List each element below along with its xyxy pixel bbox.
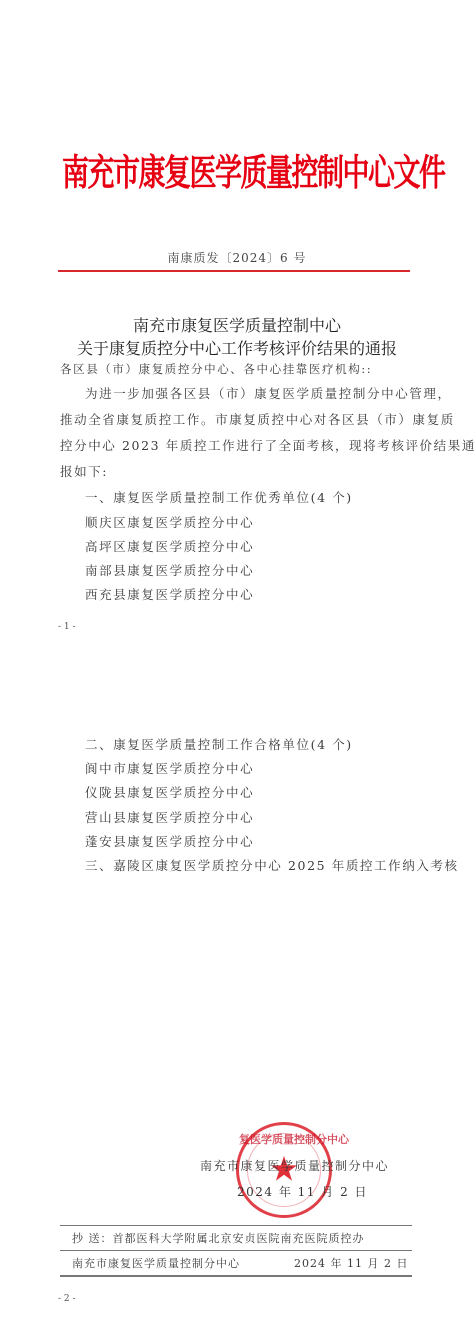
page-number-1: - 1 -	[58, 622, 76, 632]
unit-list-item: 顺庆区康复医学质控分中心	[85, 513, 254, 531]
document-number: 南康质发〔2024〕6 号	[0, 249, 474, 266]
section-heading-third: 三、嘉陵区康复医学质控分中心 2025 年质控工作纳入考核	[85, 856, 459, 874]
footer-issuer: 南充市康复医学质量控制分中心	[72, 1255, 240, 1271]
notice-title-line-1: 南充市康复医学质量控制中心	[0, 313, 474, 336]
unit-list-item: 营山县康复医学质控分中心	[85, 808, 254, 826]
red-divider-line	[58, 270, 410, 272]
unit-list-item: 蓬安县康复医学质控分中心	[85, 832, 254, 850]
unit-list-item: 南部县康复医学质控分中心	[85, 561, 254, 579]
footer-top-rule	[60, 1225, 412, 1226]
page-number-2: - 2 -	[58, 1294, 76, 1304]
unit-list-item: 仪陇县康复医学质控分中心	[85, 783, 254, 801]
salutation: 各区县（市）康复质控分中心、各中心挂靠医疗机构::	[60, 361, 372, 377]
section-heading-excellent: 一、康复医学质量控制工作优秀单位(4 个)	[85, 488, 353, 506]
section-heading-qualified: 二、康复医学质量控制工作合格单位(4 个)	[85, 735, 353, 753]
footer-bottom-rule	[60, 1275, 412, 1277]
cc-label: 抄 送：	[72, 1232, 113, 1245]
cc-row: 抄 送：首都医科大学附属北京安贞医院南充医院质控办	[72, 1230, 365, 1246]
cc-value: 首都医科大学附属北京安贞医院南充医院质控办	[113, 1232, 365, 1245]
paragraph-line: 为进一步加强各区县（市）康复医学质量控制分中心管理，	[85, 384, 452, 402]
footer-issue-date: 2024 年 11 月 2 日	[294, 1255, 408, 1271]
signature-date: 2024 年 11 月 2 日	[237, 1183, 368, 1200]
footer-middle-rule	[60, 1250, 412, 1251]
notice-title-line-2: 关于康复质控分中心工作考核评价结果的通报	[0, 336, 474, 359]
document-red-header-title: 南充市康复医学质量控制中心文件	[62, 143, 412, 196]
paragraph-line: 报如下:	[60, 462, 108, 480]
paragraph-line: 推动全省康复质控工作。市康复质控中心对各区县（市）康复质	[60, 410, 455, 428]
unit-list-item: 西充县康复医学质控分中心	[85, 585, 254, 603]
unit-list-item: 高坪区康复医学质控分中心	[85, 537, 254, 555]
signature-org: 南充市康复医学质量控制分中心	[200, 1157, 389, 1174]
stamp-text: 复医学质量控制分中心	[239, 1131, 329, 1147]
unit-list-item: 阆中市康复医学质控分中心	[85, 759, 254, 777]
paragraph-line: 控分中心 2023 年质控工作进行了全面考核，现将考核评价结果通	[60, 436, 474, 454]
